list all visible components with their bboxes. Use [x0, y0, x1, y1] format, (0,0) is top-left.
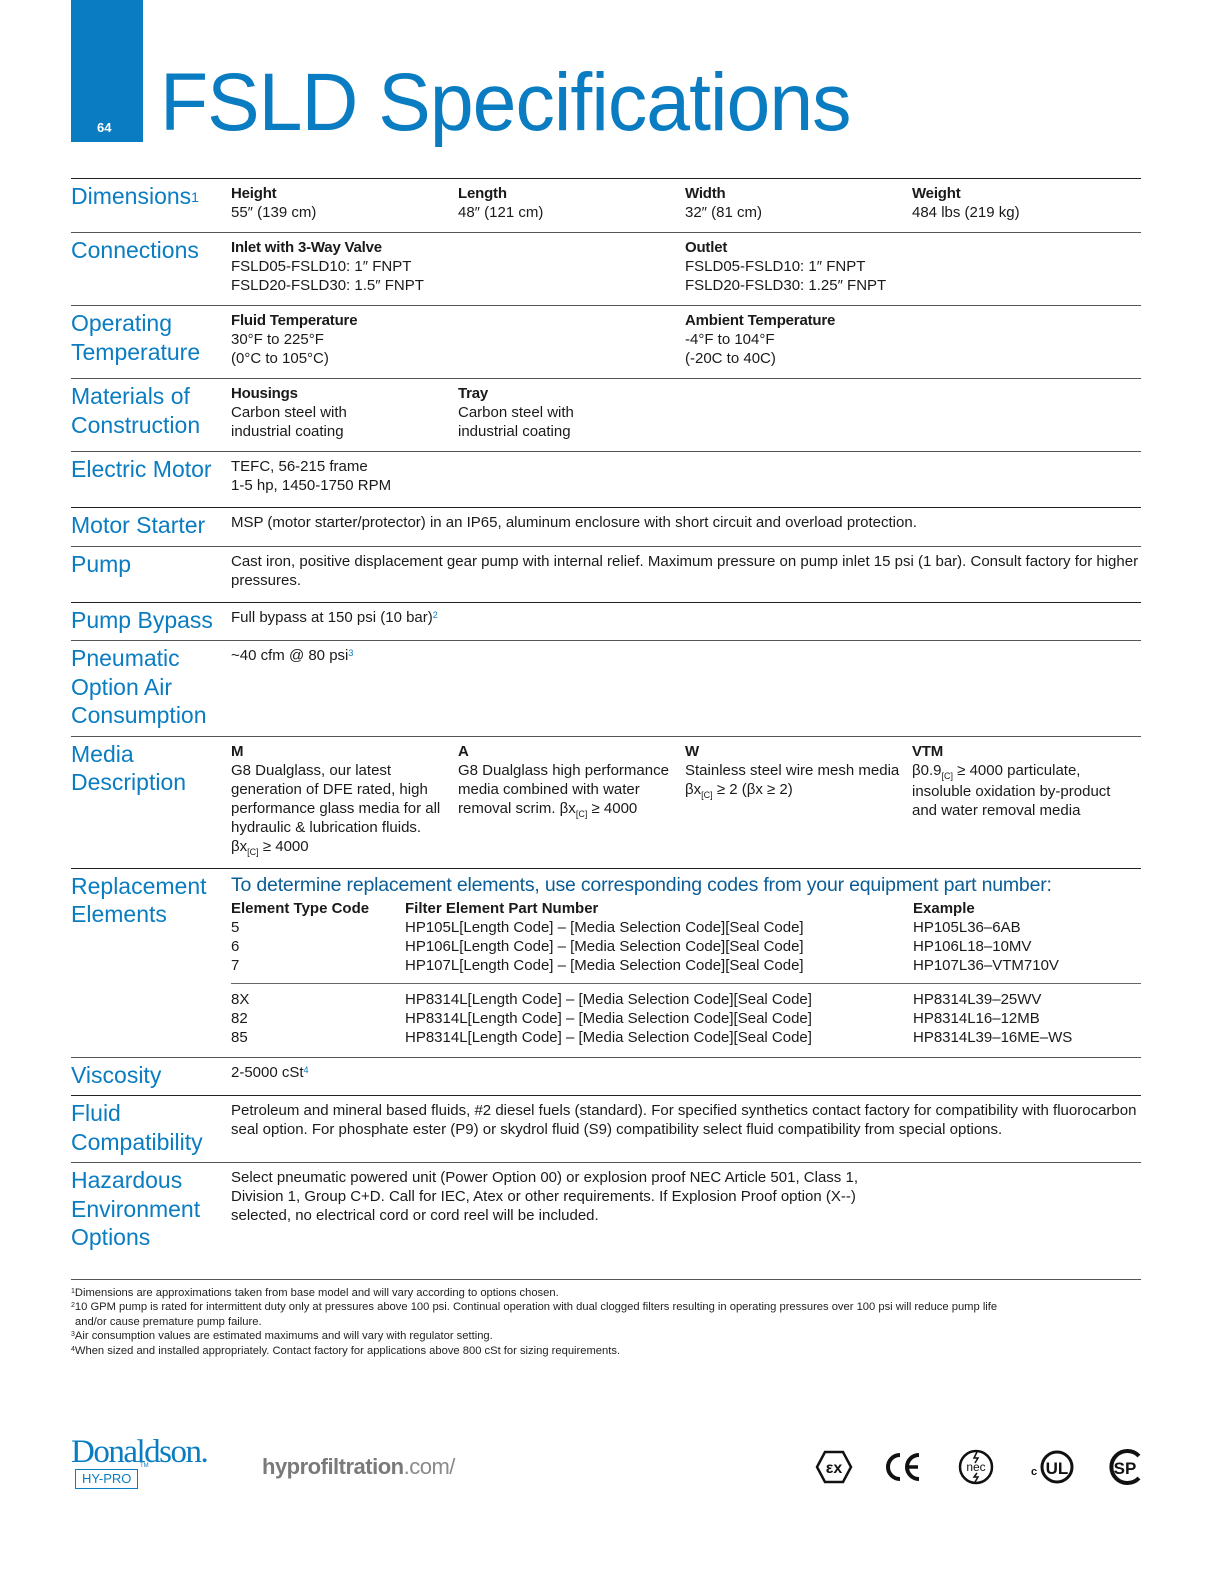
row-label: OperatingTemperature	[71, 306, 231, 378]
row-label: MediaDescription	[71, 737, 231, 868]
row-label: Connections	[71, 233, 231, 305]
dim-length: Length48″ (121 cm)	[458, 184, 685, 222]
dim-height: Height55″ (139 cm)	[231, 184, 458, 222]
dim-width: Width32″ (81 cm)	[685, 184, 912, 222]
element-type-code: 6	[231, 937, 405, 956]
row-label: Pump Bypass	[71, 603, 231, 641]
csa-mark-icon: SP	[1106, 1448, 1146, 1486]
nec-mark-icon: nec	[956, 1448, 996, 1486]
spec-row-hazardous: HazardousEnvironmentOptions Select pneum…	[71, 1162, 1141, 1258]
cul-mark-icon: cUL	[1028, 1448, 1076, 1486]
replacement-divider	[231, 983, 1141, 984]
spec-row-viscosity: Viscosity 2-5000 cSt4	[71, 1057, 1141, 1096]
spec-row-pneumatic: PneumaticOption AirConsumption ~40 cfm @…	[71, 640, 1141, 736]
filter-part-number: HP8314L[Length Code] – [Media Selection …	[405, 1028, 913, 1047]
spec-row-fluid-compatibility: FluidCompatibility Petroleum and mineral…	[71, 1095, 1141, 1162]
col-header: Example	[913, 899, 1141, 918]
footnote: 4When sized and installed appropriately.…	[71, 1344, 1141, 1358]
row-label: FluidCompatibility	[71, 1096, 231, 1162]
row-label: Viscosity	[71, 1058, 231, 1096]
example-part: HP105L36–6AB	[913, 918, 1141, 937]
svg-text:c: c	[1031, 1466, 1037, 1478]
example-part: HP8314L39–16ME–WS	[913, 1028, 1141, 1047]
replacement-table: Element Type Code Filter Element Part Nu…	[231, 899, 1141, 1047]
row-label: Materials ofConstruction	[71, 379, 231, 451]
spec-row-pump-bypass: Pump Bypass Full bypass at 150 psi (10 b…	[71, 602, 1141, 641]
replacement-intro: To determine replacement elements, use c…	[231, 873, 1141, 897]
svg-text:εx: εx	[826, 1460, 843, 1477]
dim-weight: Weight484 lbs (219 kg)	[912, 184, 1141, 222]
element-type-code: 8X	[231, 990, 405, 1009]
media-a: AG8 Dualglass high performance media com…	[458, 742, 685, 858]
spec-row-operating-temperature: OperatingTemperature Fluid Temperature 3…	[71, 305, 1141, 378]
spec-row-replacement: ReplacementElements To determine replace…	[71, 868, 1141, 1057]
filter-part-number: HP8314L[Length Code] – [Media Selection …	[405, 990, 913, 1009]
spec-table: Dimensions1 Height55″ (139 cm) Length48″…	[71, 178, 1141, 1258]
filter-part-number: HP105L[Length Code] – [Media Selection C…	[405, 918, 913, 937]
spec-row-motor-starter: Motor Starter MSP (motor starter/protect…	[71, 507, 1141, 546]
ce-mark-icon	[884, 1448, 924, 1486]
example-part: HP8314L16–12MB	[913, 1009, 1141, 1028]
spec-row-connections: Connections Inlet with 3-Way Valve FSLD0…	[71, 232, 1141, 305]
footnote: 1Dimensions are approximations taken fro…	[71, 1286, 1141, 1300]
element-type-code: 5	[231, 918, 405, 937]
spec-row-electric-motor: Electric Motor TEFC, 56-215 frame 1-5 hp…	[71, 451, 1141, 507]
page-title: FSLD Specifications	[160, 62, 851, 144]
page-number: 64	[97, 120, 111, 135]
connections-outlet: Outlet FSLD05-FSLD10: 1″ FNPT FSLD20-FSL…	[685, 238, 1141, 295]
spec-row-media: MediaDescription MG8 Dualglass, our late…	[71, 736, 1141, 868]
filter-part-number: HP107L[Length Code] – [Media Selection C…	[405, 956, 913, 975]
svg-text:UL: UL	[1046, 1459, 1069, 1478]
media-m: MG8 Dualglass, our latest generation of …	[231, 742, 458, 858]
spec-row-pump: Pump Cast iron, positive displacement ge…	[71, 546, 1141, 602]
footnotes: 1Dimensions are approximations taken fro…	[71, 1279, 1141, 1358]
element-type-code: 7	[231, 956, 405, 975]
example-part: HP106L18–10MV	[913, 937, 1141, 956]
row-label: ReplacementElements	[71, 869, 231, 1057]
row-label: Dimensions1	[71, 179, 231, 232]
element-type-code: 85	[231, 1028, 405, 1047]
example-part: HP8314L39–25WV	[913, 990, 1141, 1009]
media-w: WStainless steel wire mesh media βx[C] ≥…	[685, 742, 912, 858]
row-label: Pump	[71, 547, 231, 602]
connections-inlet: Inlet with 3-Way Valve FSLD05-FSLD10: 1″…	[231, 238, 685, 295]
footnote-continuation: and/or cause premature pump failure.	[71, 1315, 1141, 1329]
footnote: 3Air consumption values are estimated ma…	[71, 1329, 1141, 1343]
fluid-temperature: Fluid Temperature 30°F to 225°F (0°C to …	[231, 311, 685, 368]
spec-row-materials: Materials ofConstruction Housings Carbon…	[71, 378, 1141, 451]
footnote: 210 GPM pump is rated for intermittent d…	[71, 1300, 1141, 1314]
svg-text:SP: SP	[1114, 1459, 1137, 1478]
col-header: Element Type Code	[231, 899, 405, 918]
filter-part-number: HP106L[Length Code] – [Media Selection C…	[405, 937, 913, 956]
spec-row-dimensions: Dimensions1 Height55″ (139 cm) Length48″…	[71, 178, 1141, 232]
row-label: Electric Motor	[71, 452, 231, 507]
materials-tray: Tray Carbon steel with industrial coatin…	[458, 384, 685, 441]
filter-part-number: HP8314L[Length Code] – [Media Selection …	[405, 1009, 913, 1028]
row-label: HazardousEnvironmentOptions	[71, 1163, 231, 1258]
row-label: PneumaticOption AirConsumption	[71, 641, 231, 736]
certification-marks: εx nec cUL SP	[0, 1448, 1224, 1488]
atex-ex-icon: εx	[814, 1448, 854, 1486]
col-header: Filter Element Part Number	[405, 899, 913, 918]
ambient-temperature: Ambient Temperature -4°F to 104°F (-20C …	[685, 311, 1141, 368]
example-part: HP107L36–VTM710V	[913, 956, 1141, 975]
media-vtm: VTMβ0.9[C] ≥ 4000 particulate, insoluble…	[912, 742, 1141, 858]
element-type-code: 82	[231, 1009, 405, 1028]
row-label: Motor Starter	[71, 508, 231, 546]
materials-housings: Housings Carbon steel with industrial co…	[231, 384, 458, 441]
